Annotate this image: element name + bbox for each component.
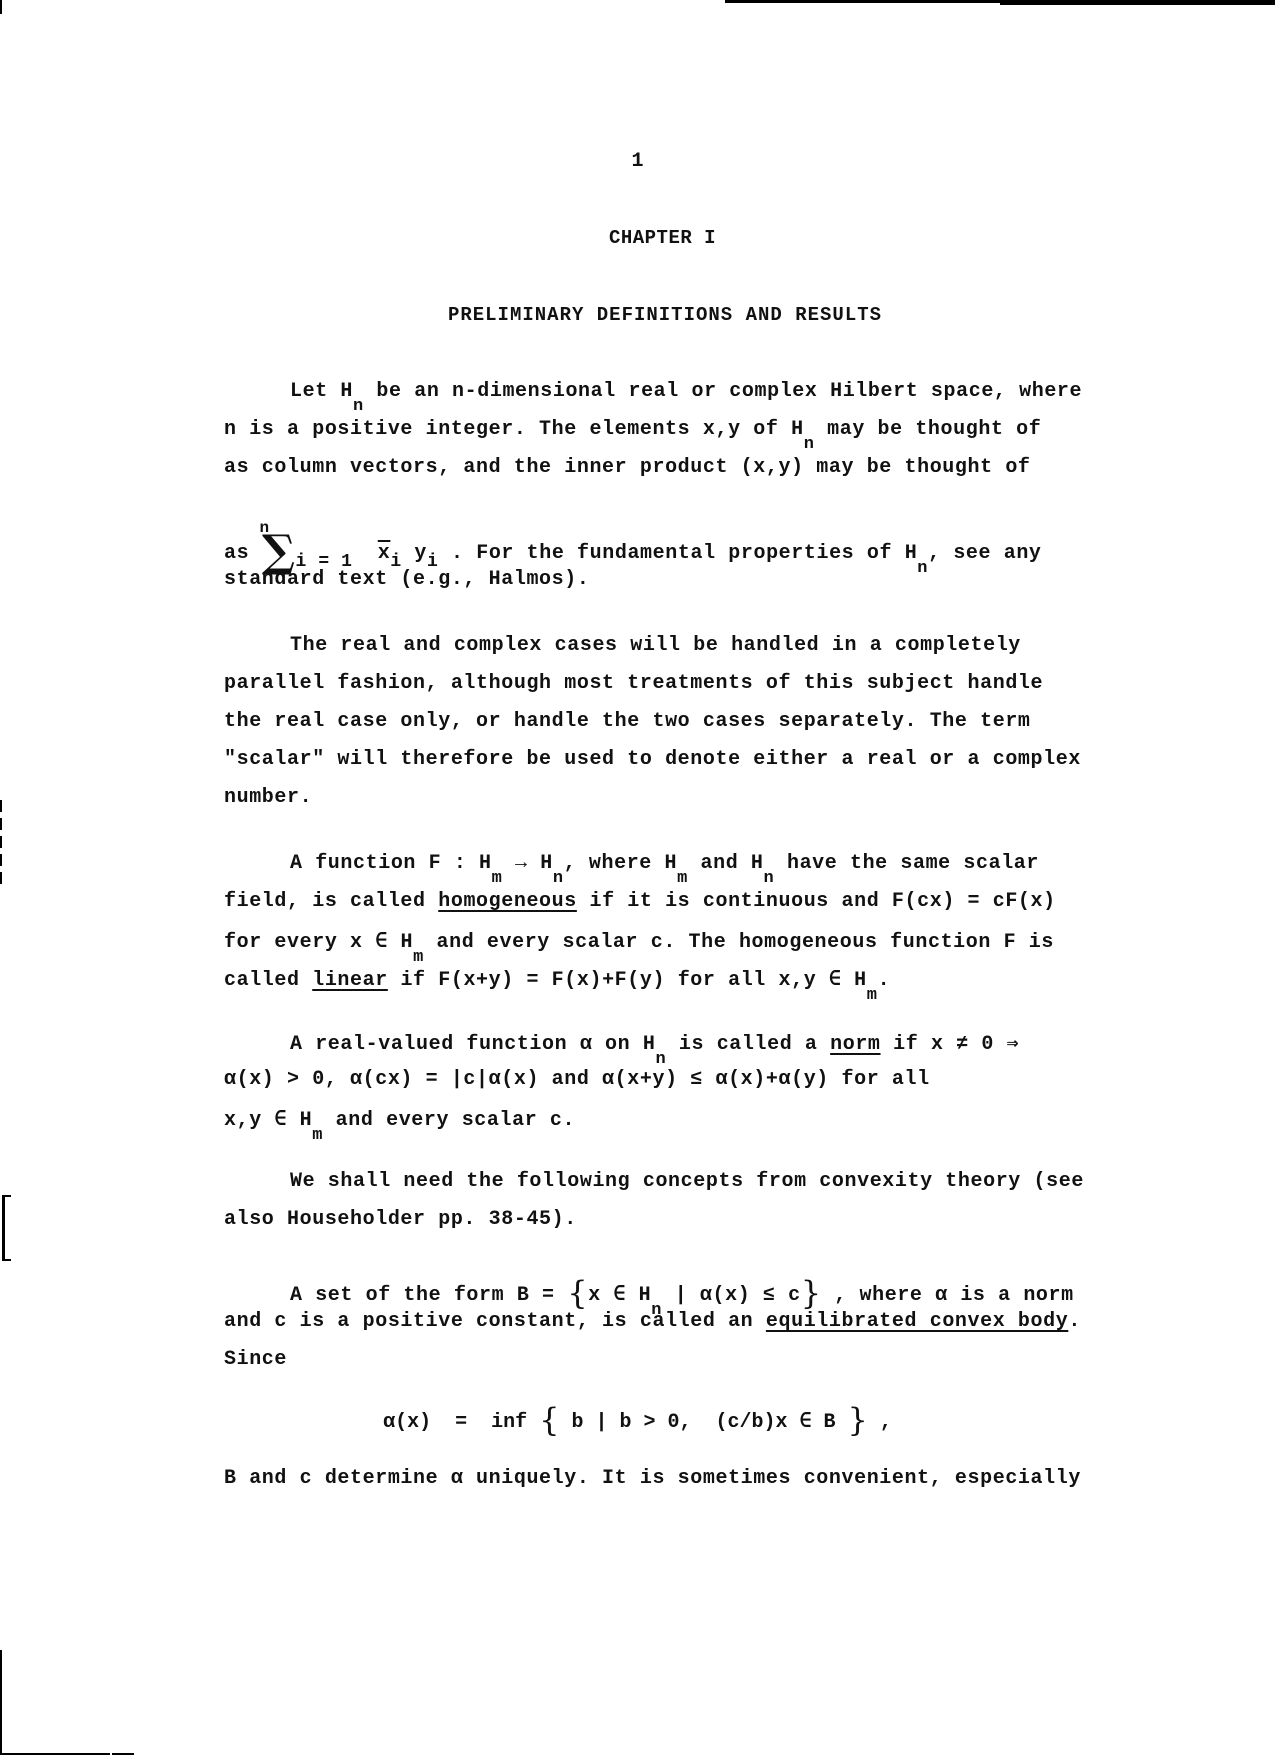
text-line: called linear if F(x+y) = F(x)+F(y) for … (224, 966, 890, 992)
text-run: if F(x+y) = F(x)+F(y) for all x,y ∈ H (388, 969, 867, 992)
text-run: . (1068, 1310, 1081, 1333)
text-run: b | b > 0, (c/b)x ∈ B (559, 1411, 847, 1434)
text-line: We shall need the following concepts fro… (290, 1170, 1084, 1193)
text-line: The real and complex cases will be handl… (290, 634, 1021, 657)
text-line: n is a positive integer. The elements x,… (224, 418, 1041, 441)
subscript: m (312, 1126, 323, 1145)
left-brace: { (539, 1401, 559, 1439)
margin-bracket (2, 1195, 11, 1261)
text-line: and c is a positive constant, is called … (224, 1310, 1081, 1333)
text-run: A set of the form B = (290, 1284, 567, 1307)
text-run: and H (688, 852, 764, 875)
subscript: n (353, 397, 364, 416)
term-norm: norm (830, 1033, 880, 1056)
text-run: n is a positive integer. The elements x,… (224, 418, 804, 441)
text-line: the real case only, or handle the two ca… (224, 710, 1031, 733)
text-line: A function F : Hm → Hn, where Hm and Hn … (290, 852, 1039, 875)
text-run: y (402, 542, 427, 565)
right-brace: } (848, 1401, 868, 1439)
text-line: B and c determine α uniquely. It is some… (224, 1467, 1081, 1490)
scan-edge-artifact (0, 800, 2, 890)
term-equilibrated-convex-body: equilibrated convex body (766, 1310, 1068, 1333)
text-line: Since (224, 1348, 287, 1371)
scan-edge-artifact (0, 1650, 2, 1755)
text-line: number. (224, 786, 312, 809)
equation-norm-infimum: α(x) = inf { b | b > 0, (c/b)x ∈ B } , (0, 1397, 1275, 1435)
text-run: be an n-dimensional real or complex Hilb… (364, 380, 1082, 403)
text-run: . (878, 969, 891, 992)
text-run: , where H (564, 852, 677, 875)
text-run: if x ≠ 0 ⇒ (881, 1033, 1020, 1056)
text-run: for every x ∈ H (224, 931, 413, 954)
text-line: field, is called homogeneous if it is co… (224, 890, 1056, 913)
subscript: m (867, 986, 878, 1005)
text-run: Let H (290, 380, 353, 403)
text-line: x,y ∈ Hm and every scalar c. (224, 1106, 575, 1132)
text-run: A function F : H (290, 852, 492, 875)
text-run: A real-valued function α on H (290, 1033, 655, 1056)
subscript: n (553, 869, 564, 888)
subscript: n (917, 559, 928, 578)
subscript: m (413, 948, 424, 967)
section-title: PRELIMINARY DEFINITIONS AND RESULTS (0, 304, 1275, 326)
text-line: as ∑ni = 1 xi yi . For the fundamental p… (224, 518, 1042, 569)
text-run: x,y ∈ H (224, 1109, 312, 1132)
text-line: A set of the form B = {x ∈ Hn | α(x) ≤ c… (290, 1270, 1074, 1308)
text-line: for every x ∈ Hm and every scalar c. The… (224, 928, 1054, 954)
text-run: and every scalar c. (323, 1109, 575, 1132)
subscript: n (764, 869, 775, 888)
text-line: "scalar" will therefore be used to denot… (224, 748, 1081, 771)
term-homogeneous: homogeneous (438, 890, 577, 913)
text-run: α(x) = inf (383, 1411, 539, 1434)
chapter-heading: CHAPTER I (0, 227, 1275, 249)
subscript: m (677, 869, 688, 888)
text-run: if it is continuous and F(cx) = cF(x) (577, 890, 1056, 913)
text-run: . For the fundamental properties of H (438, 542, 917, 565)
text-run: field, is called (224, 890, 438, 913)
text-line: α(x) > 0, α(cx) = |c|α(x) and α(x+y) ≤ α… (224, 1068, 930, 1091)
subscript: n (655, 1050, 666, 1069)
text-line: A real-valued function α on Hn is called… (290, 1030, 1019, 1056)
left-brace: { (567, 1274, 588, 1312)
scan-edge-artifact (1000, 3, 1275, 5)
text-run: have the same scalar (774, 852, 1039, 875)
text-run: , (868, 1411, 892, 1434)
text-run: , see any (928, 542, 1041, 565)
text-run: → H (502, 852, 552, 875)
text-line: also Householder pp. 38-45). (224, 1208, 577, 1231)
text-run: x ∈ H (588, 1284, 651, 1307)
scan-edge-artifact (0, 0, 2, 14)
text-line: parallel fashion, although most treatmen… (224, 672, 1043, 695)
text-line: Let Hn be an n-dimensional real or compl… (290, 380, 1082, 403)
text-line: standard text (e.g., Halmos). (224, 568, 589, 591)
text-run: is called a (666, 1033, 830, 1056)
page-number: 1 (0, 150, 1275, 173)
set-bar: | (662, 1284, 700, 1307)
subscript: n (804, 435, 815, 454)
text-run: and every scalar c. The homogeneous func… (424, 931, 1054, 954)
text-run: α(x) ≤ c (700, 1284, 801, 1307)
subscript: m (492, 869, 503, 888)
text-run: may be thought of (815, 418, 1042, 441)
right-brace: } (801, 1274, 822, 1312)
conjugate-x: x (378, 542, 391, 565)
text-line: as column vectors, and the inner product… (224, 456, 1031, 479)
text-run: called (224, 969, 312, 992)
text-run: and c is a positive constant, is called … (224, 1310, 766, 1333)
term-linear: linear (312, 969, 388, 992)
text-run: as (224, 542, 262, 565)
text-run: , where α is a norm (822, 1284, 1074, 1307)
